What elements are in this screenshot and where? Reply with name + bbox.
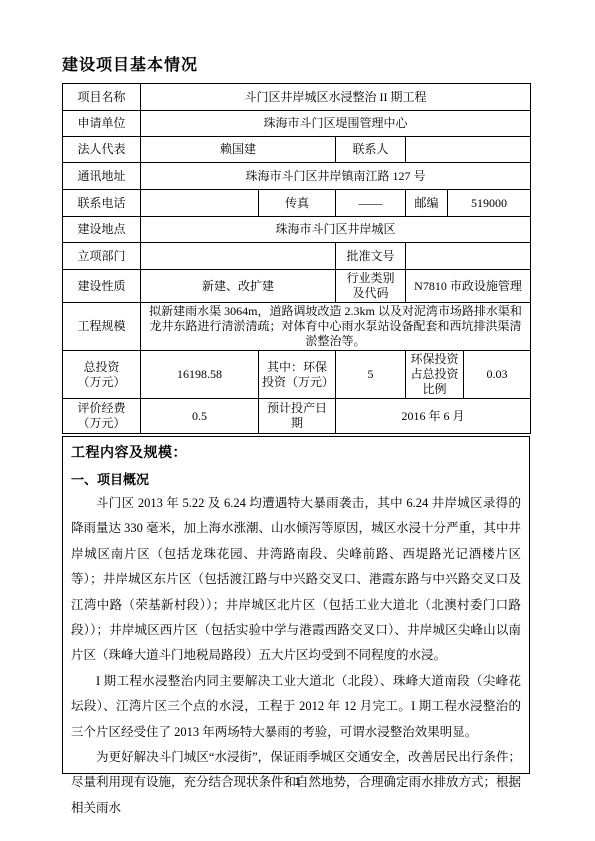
table-row-project-name: 项目名称 斗门区井岸城区水浸整治 II 期工程: [63, 84, 531, 111]
address-label: 通讯地址: [63, 163, 141, 190]
legal-rep-value: 赖国建: [141, 137, 336, 163]
paragraph-phase1-works: I 期工程水浸整治内同主要解决工业大道北（北段）、珠峰大道南段（尖峰花坛段）、江…: [71, 669, 521, 745]
table-row-investment: 总投资 （万元） 16198.58 其中：环保 投资（万元） 5 环保投资 占总…: [63, 351, 531, 399]
legal-rep-label: 法人代表: [63, 137, 141, 163]
basic-info-table: 项目名称 斗门区井岸城区水浸整治 II 期工程 申请单位 珠海市斗门区堤围管理中…: [62, 83, 531, 434]
contact-label: 联系人: [336, 137, 406, 163]
eval-cost-label: 评价经费 （万元）: [63, 399, 141, 434]
table-row-address: 通讯地址 珠海市斗门区井岸镇南江路 127 号: [63, 163, 531, 190]
nature-label: 建设性质: [63, 270, 141, 303]
table-row-nature: 建设性质 新建、改扩建 行业类别 及代码 N7810 市政设施管理: [63, 270, 531, 303]
table-row-eval-cost: 评价经费 （万元） 0.5 预计投产日 期 2016 年 6 月: [63, 399, 531, 434]
env-investment-value: 5: [336, 351, 406, 399]
zip-label: 邮编: [406, 190, 448, 217]
phone-label: 联系电话: [63, 190, 141, 217]
approval-doc-label: 批准文号: [336, 243, 406, 270]
total-investment-label: 总投资 （万元）: [63, 351, 141, 399]
address-value: 珠海市斗门区井岸镇南江路 127 号: [141, 163, 531, 190]
industry-value: N7810 市政设施管理: [406, 270, 531, 303]
document-title: 建设项目基本情况: [62, 56, 530, 76]
paragraph-project-overview: 斗门区 2013 年 5.22 及 6.24 均遭遇特大暴雨袭击，其中 6.24…: [71, 491, 521, 669]
eval-cost-value: 0.5: [141, 399, 259, 434]
approval-dept-value: [141, 243, 336, 270]
approval-doc-value: [406, 243, 531, 270]
industry-label: 行业类别 及代码: [336, 270, 406, 303]
table-row-legal-rep: 法人代表 赖国建 联系人: [63, 137, 531, 163]
project-name-value: 斗门区井岸城区水浸整治 II 期工程: [141, 84, 531, 111]
zip-value: 519000: [448, 190, 531, 217]
production-date-value: 2016 年 6 月: [336, 399, 531, 434]
location-value: 珠海市斗门区井岸城区: [141, 217, 531, 243]
table-row-location: 建设地点 珠海市斗门区井岸城区: [63, 217, 531, 243]
applicant-label: 申请单位: [63, 111, 141, 137]
project-name-label: 项目名称: [63, 84, 141, 111]
table-row-applicant: 申请单位 珠海市斗门区堤围管理中心: [63, 111, 531, 137]
section-heading: 工程内容及规模：: [71, 442, 521, 465]
fax-label: 传真: [259, 190, 336, 217]
contact-value: [406, 137, 531, 163]
document-page: 建设项目基本情况 项目名称 斗门区井岸城区水浸整治 II 期工程 申请单位 珠海…: [62, 56, 530, 774]
section-subheading: 一、项目概况: [71, 469, 521, 491]
table-row-scale: 工程规模 拟新建雨水渠 3064m，道路调坡改造 2.3km 以及对泥湾市场路排…: [63, 303, 531, 351]
location-label: 建设地点: [63, 217, 141, 243]
phone-value: [141, 190, 259, 217]
production-date-label: 预计投产日 期: [259, 399, 336, 434]
table-row-approval: 立项部门 批准文号: [63, 243, 531, 270]
scale-value: 拟新建雨水渠 3064m，道路调坡改造 2.3km 以及对泥湾市场路排水渠和龙井…: [141, 303, 531, 351]
scale-label: 工程规模: [63, 303, 141, 351]
approval-dept-label: 立项部门: [63, 243, 141, 270]
env-investment-label: 其中：环保 投资（万元）: [259, 351, 336, 399]
page-number: 1: [0, 776, 595, 788]
nature-value: 新建、改扩建: [141, 270, 336, 303]
env-ratio-label: 环保投资 占总投资 比例: [406, 351, 464, 399]
project-content-section: 工程内容及规模： 一、项目概况 斗门区 2013 年 5.22 及 6.24 均…: [62, 436, 530, 774]
applicant-value: 珠海市斗门区堤围管理中心: [141, 111, 531, 137]
table-row-phone: 联系电话 传真 —— 邮编 519000: [63, 190, 531, 217]
fax-value: ——: [336, 190, 406, 217]
total-investment-value: 16198.58: [141, 351, 259, 399]
env-ratio-value: 0.03: [464, 351, 531, 399]
